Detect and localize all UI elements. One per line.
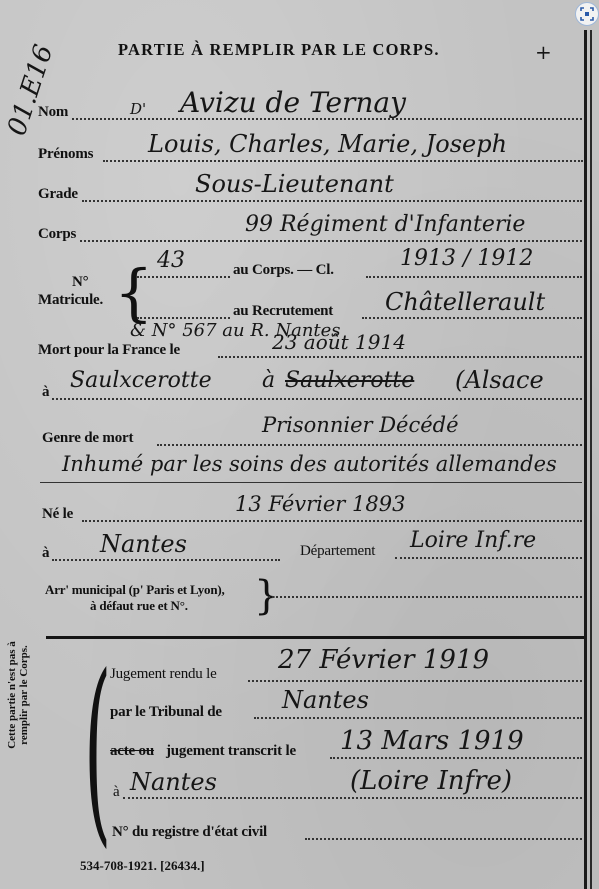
departement-value: Loire Inf.re [410, 528, 536, 553]
corps-label: Corps [38, 226, 76, 243]
zoom-fit-button[interactable] [575, 2, 599, 26]
lieu-naissance-line [52, 559, 280, 561]
transcrit-struck-label: acte ou [110, 743, 154, 760]
genre-mort-label: Genre de mort [42, 430, 133, 447]
au-corps-line [137, 276, 230, 278]
matricule-label: Matricule. [38, 292, 103, 309]
recrutement-value: Châtellerault [385, 288, 545, 316]
classe-line [366, 276, 582, 278]
corps-line [80, 240, 582, 242]
lieu-mort-struck-value: Saulxerotte [285, 368, 414, 393]
transcrit-value: 13 Mars 1919 [340, 726, 524, 756]
departement-label: Département [300, 543, 375, 560]
inhumation-value: Inhumé par les soins des autorités allem… [62, 452, 557, 476]
jugement-lieu-label: à [113, 784, 119, 801]
prenoms-value: Louis, Charles, Marie, Joseph [148, 130, 507, 158]
document-card: 01.E16 PARTIE À REMPLIR PAR LE CORPS. + … [0, 0, 599, 889]
lieu-naissance-value: Nantes [100, 530, 187, 558]
mort-label: Mort pour la France le [38, 342, 180, 359]
arrondissement-line [268, 596, 582, 598]
border-line [584, 30, 587, 889]
prenoms-line [103, 160, 583, 162]
tribunal-label: par le Tribunal de [110, 704, 222, 721]
genre-mort-line [157, 444, 582, 446]
genre-mort-value: Prisonnier Décédé [262, 413, 459, 437]
jugement-rendu-value: 27 Février 1919 [278, 645, 489, 675]
recrutement-line [362, 317, 582, 319]
prenoms-label: Prénoms [38, 146, 93, 163]
au-corps-label: au Corps. — Cl. [233, 262, 334, 279]
lieu-mort-label: à [42, 384, 49, 401]
naissance-value: 13 Février 1893 [235, 492, 405, 516]
margin-annotation: 01.E16 [2, 41, 59, 139]
grade-line [82, 200, 582, 202]
matricule-brace: { [114, 262, 153, 324]
recrutement-label: au Recrutement [233, 303, 333, 320]
transcrit-label: jugement transcrit le [166, 743, 296, 760]
grade-value: Sous-Lieutenant [195, 170, 394, 198]
section-divider [46, 636, 584, 639]
lieu-naissance-label: à [42, 545, 49, 562]
registre-label: N° du registre d'état civil [112, 824, 267, 841]
mort-line [218, 356, 582, 358]
judgement-brace: ( [84, 660, 111, 840]
zoom-fit-icon [580, 7, 594, 21]
nom-value: Avizu de Ternay [180, 86, 406, 119]
lieu-mort-region: (Alsace [455, 366, 544, 394]
inhumation-line [40, 482, 582, 483]
nom-label: Nom [38, 104, 68, 121]
lieu-mort-line [52, 398, 582, 400]
page-title: PARTIE À REMPLIR PAR LE CORPS. [118, 40, 518, 60]
classe-value: 1913 / 1912 [400, 246, 533, 271]
naissance-label: Né le [42, 506, 73, 523]
jugement-lieu-region: (Loire Infre) [350, 766, 512, 796]
transcrit-line [330, 757, 582, 759]
au-corps-value: 43 [157, 248, 185, 273]
arrondissement-label-1: Arr' municipal (p' Paris et Lyon), [45, 582, 225, 598]
nom-prefix: D' [130, 100, 146, 118]
matricule-label-n: N° [72, 274, 88, 291]
jugement-lieu-line [123, 797, 582, 799]
recrutement-number-line [137, 317, 230, 319]
lieu-mort-value: Saulxcerotte [70, 368, 212, 393]
mort-value: 23 août 1914 [272, 330, 406, 354]
tribunal-line [254, 717, 582, 719]
jugement-lieu-value: Nantes [130, 768, 217, 796]
departement-line [395, 557, 582, 559]
arrondissement-label-2: à défaut rue et N°. [90, 598, 188, 614]
side-note: Cette partie n'est pas à remplir par le … [6, 630, 30, 760]
jugement-rendu-label: Jugement rendu le [110, 666, 217, 683]
corner-mark: + [535, 40, 552, 64]
jugement-rendu-line [248, 680, 582, 682]
footer-code: 534-708-1921. [26434.] [80, 858, 205, 874]
lieu-mort-preposition: à [262, 368, 275, 393]
corps-value: 99 Régiment d'Infanterie [245, 212, 525, 237]
naissance-line [82, 520, 582, 522]
tribunal-value: Nantes [282, 686, 369, 714]
registre-line [305, 838, 582, 840]
border-line [590, 30, 592, 889]
grade-label: Grade [38, 186, 78, 203]
